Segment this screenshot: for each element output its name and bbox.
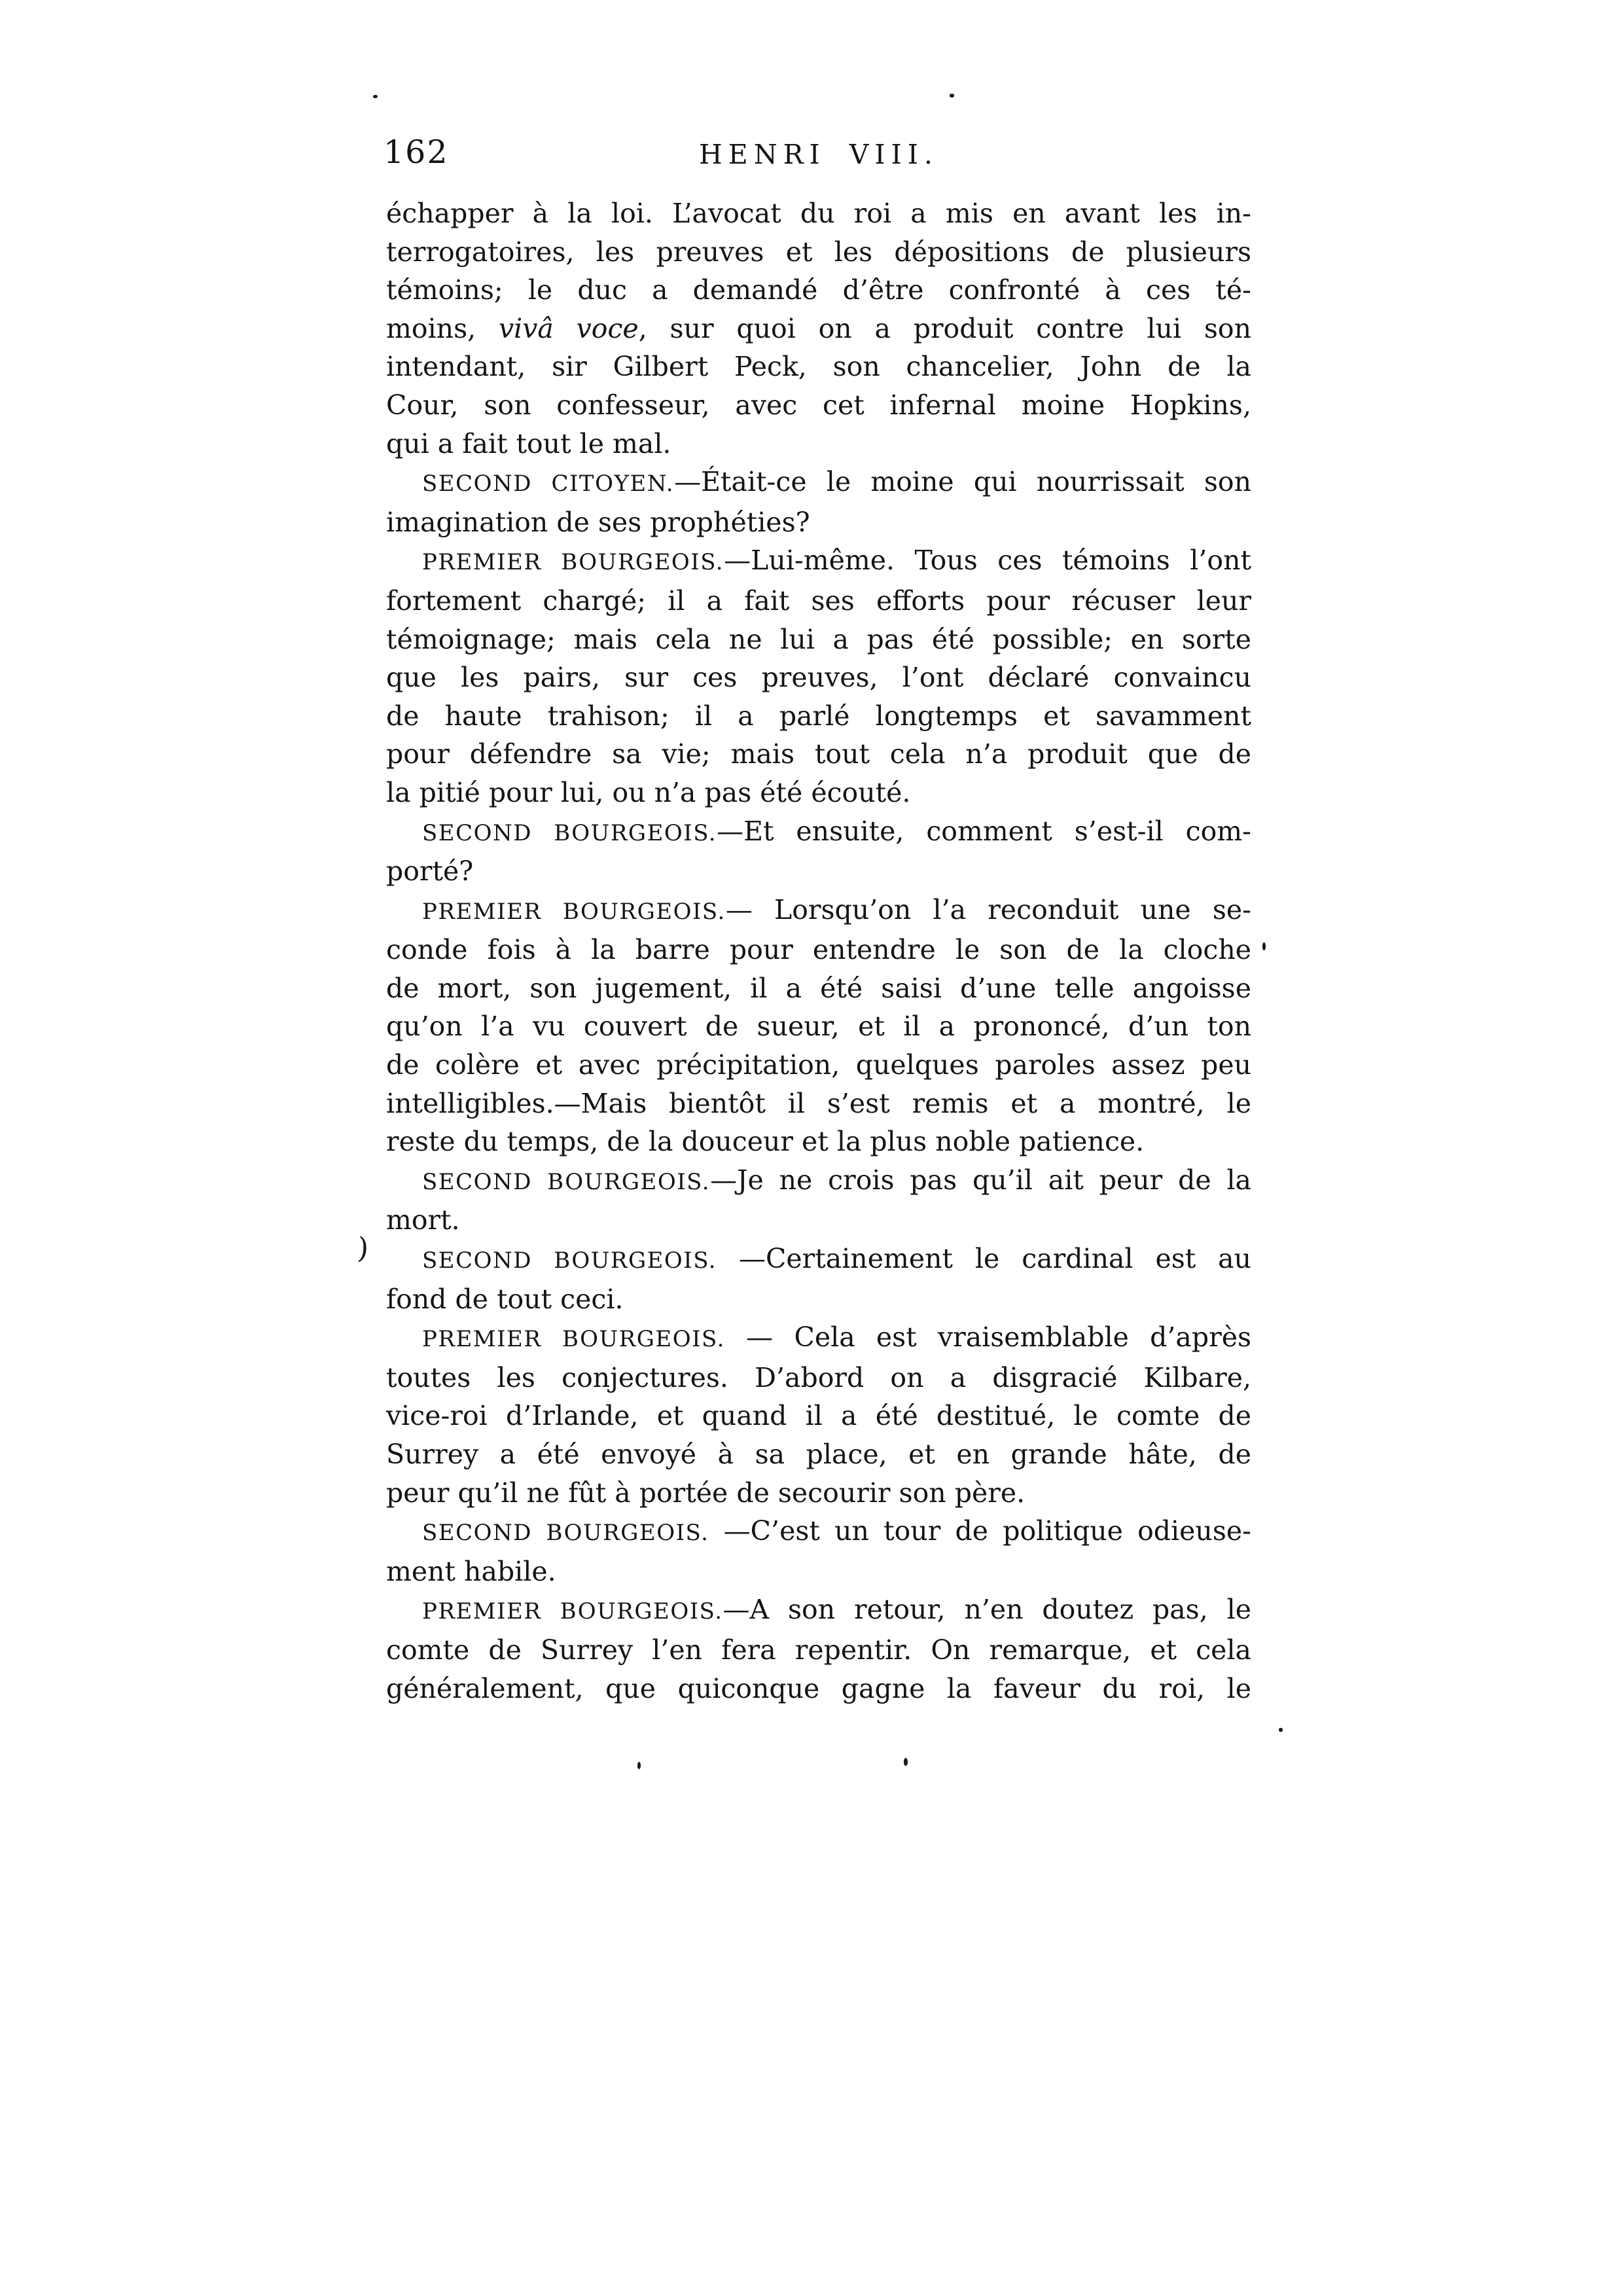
text-line: Surrey a été envoyé à sa place, et en gr… [386,1435,1251,1474]
text-segment: témoins; le duc a demandé d’être confron… [386,274,1251,306]
text-line: qui a fait tout le mal. [386,425,1251,463]
scan-speck [904,1758,908,1766]
book-page: { "page": { "number": "162", "running_ti… [0,0,1623,2296]
text-segment: intelligibles.—Mais bientôt il s’est rem… [386,1088,1251,1119]
text-segment: —C’est un tour de politique odieuse- [709,1515,1251,1547]
text-segment: — Lorsqu’on l’a reconduit une se- [726,894,1251,925]
text-line: vice-roi d’Irlande, et quand il a été de… [386,1397,1251,1435]
text-segment: — Cela est vraisemblable d’après [725,1321,1251,1353]
text-line: peur qu’il ne fût à portée de secourir s… [386,1474,1251,1513]
text-segment: de mort, son jugement, il a été saisi d’… [386,973,1251,1004]
text-segment: imagination de ses prophéties? [386,507,810,538]
text-line: la pitié pour lui, ou n’a pas été écouté… [386,774,1251,812]
text-line: toutes les conjectures. D’abord on a dis… [386,1359,1251,1397]
text-line: qu’on l’a vu couvert de sueur, et il a p… [386,1007,1251,1046]
text-segment: pour défendre sa vie; mais tout cela n’a… [386,738,1251,770]
text-line: Cour, son confesseur, avec cet infernal … [386,386,1251,425]
speaker-label: SECOND CITOYEN. [422,471,674,497]
text-line: SECOND BOURGEOIS. —Certainement le cardi… [386,1240,1251,1280]
text-line: mort. [386,1201,1251,1240]
scan-speck [1262,942,1266,950]
text-line: SECOND BOURGEOIS.—Et ensuite, comment s’… [386,812,1251,853]
scan-speck [1279,1728,1283,1732]
text-segment: de colère et avec précipitation, quelque… [386,1049,1251,1081]
speaker-label: SECOND BOURGEOIS. [422,1169,710,1195]
text-line: conde fois à la barre pour entendre le s… [386,931,1251,969]
text-segment: mort. [386,1204,460,1236]
text-segment: , sur quoi on a produit contre lui son [639,313,1251,344]
text-line: témoignage; mais cela ne lui a pas été p… [386,620,1251,659]
text-line: SECOND CITOYEN.—Était-ce le moine qui no… [386,463,1251,503]
text-line: SECOND BOURGEOIS. —C’est un tour de poli… [386,1512,1251,1552]
text-segment: échapper à la loi. L’avocat du roi a mis… [386,198,1251,229]
text-segment: comte de Surrey l’en fera repentir. On r… [386,1634,1251,1666]
speaker-label: SECOND BOURGEOIS. [422,1520,709,1546]
margin-artifact-mark: ) [356,1231,370,1265]
text-line: imagination de ses prophéties? [386,503,1251,542]
text-segment: —Certainement le cardinal est au [717,1243,1251,1274]
text-line: PREMIER BOURGEOIS.—Lui-même. Tous ces té… [386,541,1251,582]
speaker-label: SECOND BOURGEOIS. [422,820,717,846]
text-segment: intendant, sir Gilbert Peck, son chancel… [386,351,1251,382]
text-segment: de haute trahison; il a parlé longtemps … [386,700,1251,732]
text-segment: Surrey a été envoyé à sa place, et en gr… [386,1439,1251,1470]
text-line: reste du temps, de la douceur et la plus… [386,1122,1251,1161]
text-line: généralement, que quiconque gagne la fav… [386,1670,1251,1708]
text-segment: témoignage; mais cela ne lui a pas été p… [386,624,1251,655]
text-line: fond de tout ceci. [386,1280,1251,1319]
text-segment: vice-roi d’Irlande, et quand il a été de… [386,1400,1251,1431]
text-line: de colère et avec précipitation, quelque… [386,1046,1251,1085]
text-segment: Cour, son confesseur, avec cet infernal … [386,389,1251,421]
text-segment: terrogatoires, les preuves et les déposi… [386,236,1251,268]
text-line: pour défendre sa vie; mais tout cela n’a… [386,735,1251,774]
text-block: échapper à la loi. L’avocat du roi a mis… [386,194,1251,1708]
text-line: fortement chargé; il a fait ses efforts … [386,582,1251,620]
text-line: intelligibles.—Mais bientôt il s’est rem… [386,1085,1251,1123]
text-line: ment habile. [386,1552,1251,1591]
speaker-label: SECOND BOURGEOIS. [422,1247,717,1274]
text-line: de haute trahison; il a parlé longtemps … [386,697,1251,736]
text-segment: toutes les conjectures. D’abord on a dis… [386,1362,1251,1393]
text-line: que les pairs, sur ces preuves, l’ont dé… [386,658,1251,697]
text-segment: reste du temps, de la douceur et la plus… [386,1126,1144,1157]
text-segment: conde fois à la barre pour entendre le s… [386,934,1251,965]
scan-speck [950,94,954,98]
text-line: porté? [386,852,1251,891]
text-segment: —Et ensuite, comment s’est-il com- [717,816,1251,847]
text-segment: peur qu’il ne fût à portée de secourir s… [386,1477,1025,1509]
text-segment: —Je ne crois pas qu’il ait peur de la [710,1164,1251,1196]
text-segment: —Lui-même. Tous ces témoins l’ont [724,545,1251,576]
text-line: PREMIER BOURGEOIS. — Cela est vraisembla… [386,1318,1251,1359]
text-line: de mort, son jugement, il a été saisi d’… [386,969,1251,1008]
speaker-label: PREMIER BOURGEOIS. [422,549,724,575]
text-line: comte de Surrey l’en fera repentir. On r… [386,1631,1251,1670]
text-segment: ment habile. [386,1556,556,1587]
text-segment: —Était-ce le moine qui nourrissait son [674,466,1251,497]
scan-speck [373,95,378,98]
text-segment: qui a fait tout le mal. [386,428,671,459]
text-segment: généralement, que quiconque gagne la fav… [386,1673,1251,1704]
text-segment: la pitié pour lui, ou n’a pas été écouté… [386,777,910,808]
speaker-label: PREMIER BOURGEOIS. [422,1598,723,1624]
text-line: témoins; le duc a demandé d’être confron… [386,271,1251,310]
text-line: PREMIER BOURGEOIS.—A son retour, n’en do… [386,1590,1251,1631]
running-title: HENRI VIII. [386,139,1251,170]
italic-phrase: vivâ voce [499,313,639,344]
text-segment: —A son retour, n’en doutez pas, le [723,1594,1251,1625]
text-segment: qu’on l’a vu couvert de sueur, et il a p… [386,1011,1251,1042]
scan-speck [637,1762,641,1769]
text-segment: fond de tout ceci. [386,1283,624,1315]
text-line: SECOND BOURGEOIS.—Je ne crois pas qu’il … [386,1161,1251,1202]
text-line: intendant, sir Gilbert Peck, son chancel… [386,348,1251,386]
text-line: moins, vivâ voce, sur quoi on a produit … [386,310,1251,348]
speaker-label: PREMIER BOURGEOIS. [422,1326,725,1352]
text-line: PREMIER BOURGEOIS.— Lorsqu’on l’a recond… [386,891,1251,931]
text-segment: porté? [386,855,473,887]
text-segment: moins, [386,313,499,344]
text-line: terrogatoires, les preuves et les déposi… [386,233,1251,272]
text-segment: que les pairs, sur ces preuves, l’ont dé… [386,662,1251,693]
speaker-label: PREMIER BOURGEOIS. [422,899,726,925]
text-segment: fortement chargé; il a fait ses efforts … [386,585,1251,617]
text-line: échapper à la loi. L’avocat du roi a mis… [386,194,1251,233]
